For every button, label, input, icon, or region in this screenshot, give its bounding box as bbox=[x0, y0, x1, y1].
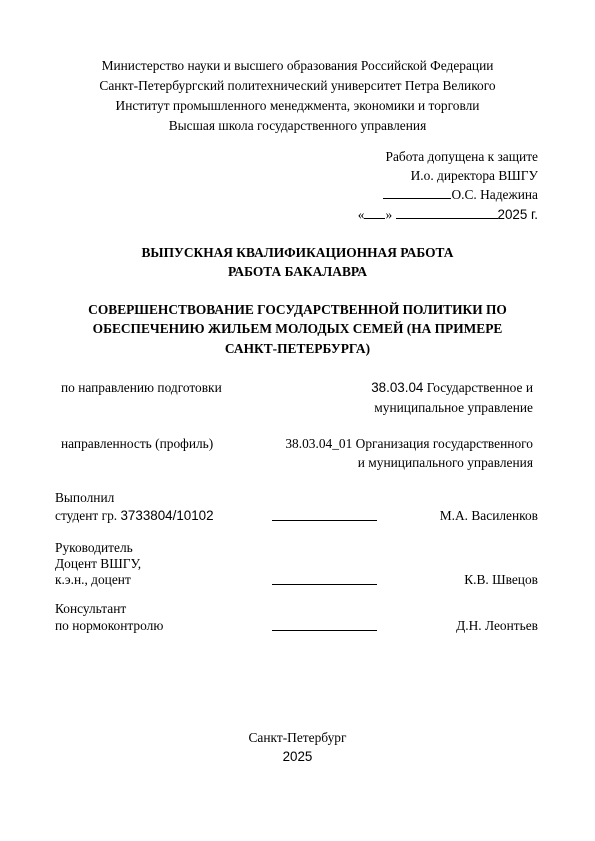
footer-city: Санкт-Петербург bbox=[0, 729, 595, 747]
title-line-1: СОВЕРШЕНСТВОВАНИЕ ГОСУДАРСТВЕННОЙ ПОЛИТИ… bbox=[0, 301, 595, 319]
supervisor-signature-blank[interactable] bbox=[272, 584, 377, 585]
approval-line-2: И.о. директора ВШГУ bbox=[411, 167, 538, 185]
ministry-line: Министерство науки и высшего образования… bbox=[0, 57, 595, 75]
institute-line: Институт промышленного менеджмента, экон… bbox=[0, 97, 595, 115]
date-year: 2025 г. bbox=[498, 207, 538, 222]
director-signature-line: О.С. Надежина bbox=[383, 186, 538, 204]
school-line: Высшая школа государственного управления bbox=[0, 117, 595, 135]
student-signature-blank[interactable] bbox=[272, 520, 377, 521]
director-name: О.С. Надежина bbox=[451, 187, 538, 202]
date-day-blank[interactable] bbox=[364, 206, 385, 219]
consultant-signature-blank[interactable] bbox=[272, 630, 377, 631]
work-type-line-2: РАБОТА БАКАЛАВРА bbox=[0, 263, 595, 281]
profile-label: направленность (профиль) bbox=[61, 435, 213, 453]
profile-value-line-1: 38.03.04_01 Организация государственного bbox=[285, 435, 533, 453]
direction-code: 38.03.04 bbox=[371, 380, 423, 395]
consultant-role-line-1: Консультант bbox=[55, 600, 126, 618]
direction-label: по направлению подготовки bbox=[61, 379, 222, 397]
supervisor-name: К.В. Швецов bbox=[464, 571, 538, 589]
title-line-3: САНКТ-ПЕТЕРБУРГА) bbox=[0, 340, 595, 358]
direction-value-line-2: муниципальное управление bbox=[374, 399, 533, 417]
approval-line-1: Работа допущена к защите bbox=[386, 148, 538, 166]
approval-date-line: «» 2025 г. bbox=[358, 206, 538, 224]
title-line-2: ОБЕСПЕЧЕНИЮ ЖИЛЬЕМ МОЛОДЫХ СЕМЕЙ (НА ПРИ… bbox=[0, 320, 595, 338]
date-month-blank[interactable] bbox=[396, 206, 498, 219]
date-close-quote: » bbox=[385, 207, 392, 222]
student-role-line-2: студент гр. 3733804/10102 bbox=[55, 507, 214, 525]
footer-year: 2025 bbox=[0, 748, 595, 766]
student-name: М.А. Василенков bbox=[440, 507, 538, 525]
consultant-name: Д.Н. Леонтьев bbox=[456, 617, 538, 635]
student-group: 3733804/10102 bbox=[120, 508, 213, 523]
director-signature-blank[interactable] bbox=[383, 186, 451, 199]
profile-value-line-2: и муниципального управления bbox=[358, 454, 533, 472]
consultant-role-line-2: по нормоконтролю bbox=[55, 617, 163, 635]
work-type-line-1: ВЫПУСКНАЯ КВАЛИФИКАЦИОННАЯ РАБОТА bbox=[0, 244, 595, 262]
student-role-prefix: студент гр. bbox=[55, 508, 120, 523]
student-role-line-1: Выполнил bbox=[55, 489, 114, 507]
date-open-quote: « bbox=[358, 207, 365, 222]
supervisor-role-line-3: к.э.н., доцент bbox=[55, 571, 131, 589]
direction-value-line-1: 38.03.04 Государственное и bbox=[371, 379, 533, 397]
university-line: Санкт-Петербургский политехнический унив… bbox=[0, 77, 595, 95]
direction-name: Государственное и bbox=[423, 380, 533, 395]
